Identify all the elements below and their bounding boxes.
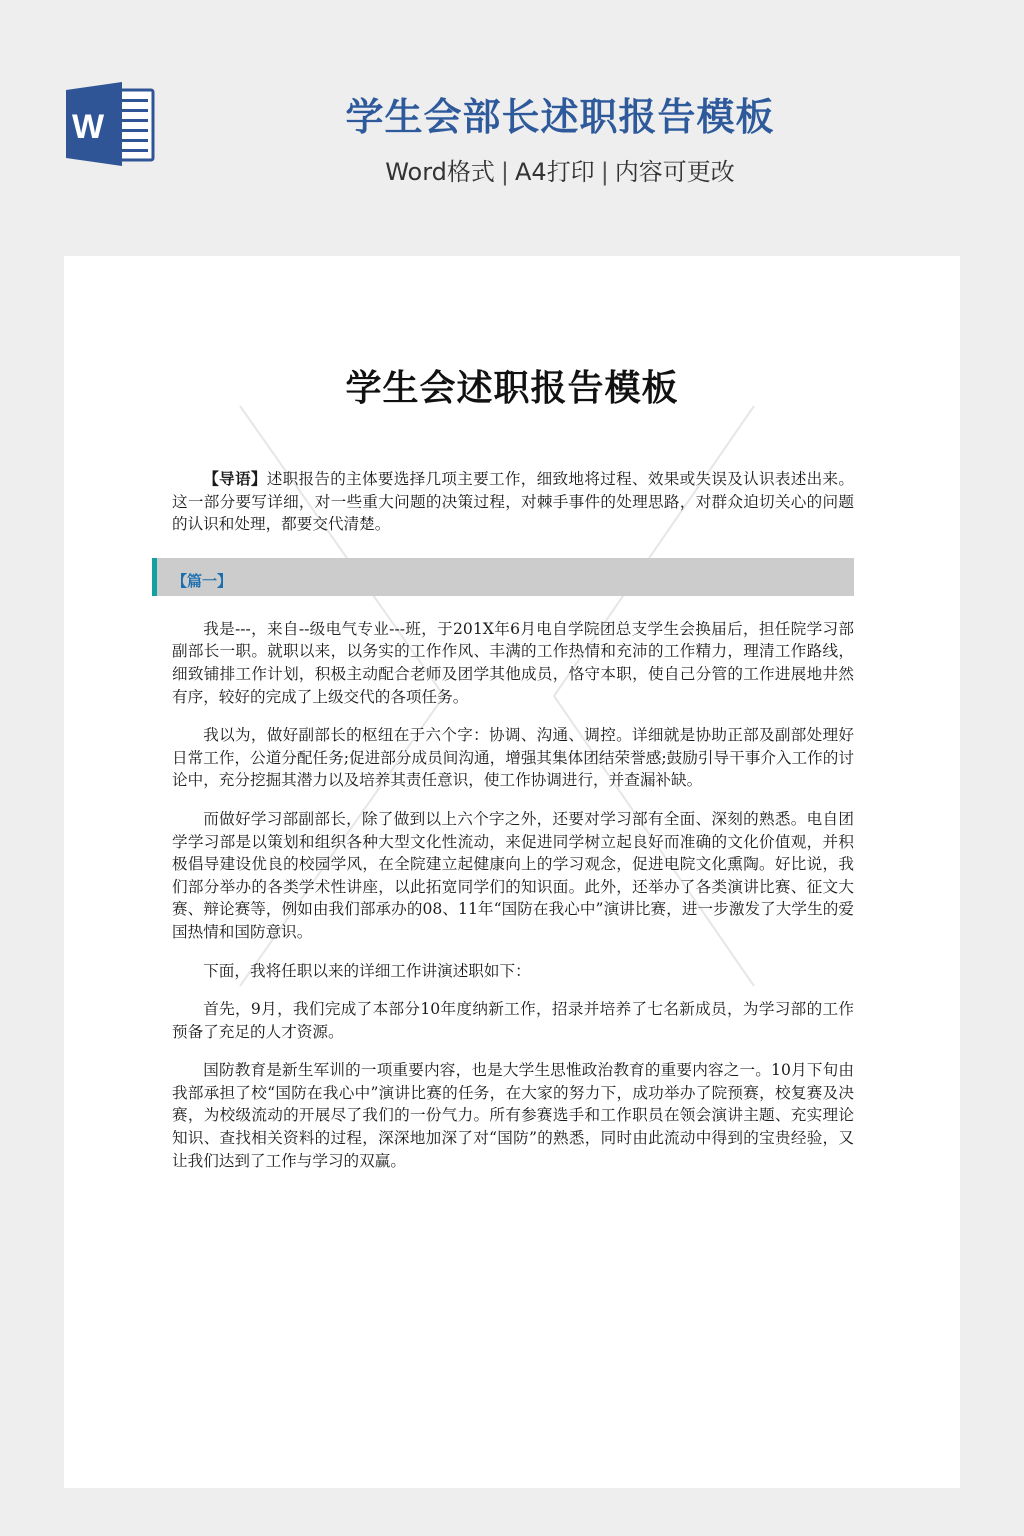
subtitle-format: Word格式 — [385, 158, 495, 186]
intro-text: 述职报告的主体要选择几项主要工作，细致地将过程、效果或失误及认识表述出来。这一部… — [172, 470, 854, 533]
body-paragraph: 首先，9月，我们完成了本部分10年度纳新工作，招录并培养了七名新成员，为学习部的… — [172, 998, 854, 1043]
svg-text:W: W — [72, 108, 105, 146]
body-paragraph: 我是---，来自--级电气专业---班，于201X年6月电自学院团总支学生会换届… — [172, 618, 854, 708]
section-label: 【篇一】 — [172, 570, 232, 592]
subtitle-separator: | — [501, 152, 509, 192]
body-paragraph: 而做好学习部副部长，除了做到以上六个字之外，还要对学习部有全面、深刻的熟悉。电自… — [172, 808, 854, 944]
document-title: 学生会述职报告模板 — [64, 364, 960, 412]
subtitle-editable: 内容可更改 — [615, 158, 735, 186]
section-heading: 【篇一】 — [152, 558, 854, 596]
body-paragraph: 下面，我将任职以来的详细工作讲演述职如下： — [172, 960, 854, 983]
intro-paragraph: 【导语】述职报告的主体要选择几项主要工作，细致地将过程、效果或失误及认识表述出来… — [172, 468, 854, 536]
document-page: 学生会述职报告模板 【导语】述职报告的主体要选择几项主要工作，细致地将过程、效果… — [64, 256, 960, 1488]
section-accent — [152, 558, 157, 596]
body-paragraph: 我以为，做好副部长的枢纽在于六个字：协调、沟通、调控。详细就是协助正部及副部处理… — [172, 724, 854, 792]
word-app-icon: W — [66, 82, 156, 166]
body-paragraph: 国防教育是新生军训的一项重要内容，也是大学生思惟政治教育的重要内容之一。10月下… — [172, 1059, 854, 1172]
header-subtitle: Word格式|A4打印|内容可更改 — [260, 152, 860, 192]
subtitle-separator: | — [601, 152, 609, 192]
header: W 学生会部长述职报告模板 Word格式|A4打印|内容可更改 — [0, 0, 1024, 256]
header-title: 学生会部长述职报告模板 — [260, 92, 860, 142]
document-body: 【导语】述职报告的主体要选择几项主要工作，细致地将过程、效果或失误及认识表述出来… — [172, 468, 854, 1188]
subtitle-print: A4打印 — [515, 158, 595, 186]
intro-lead: 【导语】 — [203, 470, 267, 488]
